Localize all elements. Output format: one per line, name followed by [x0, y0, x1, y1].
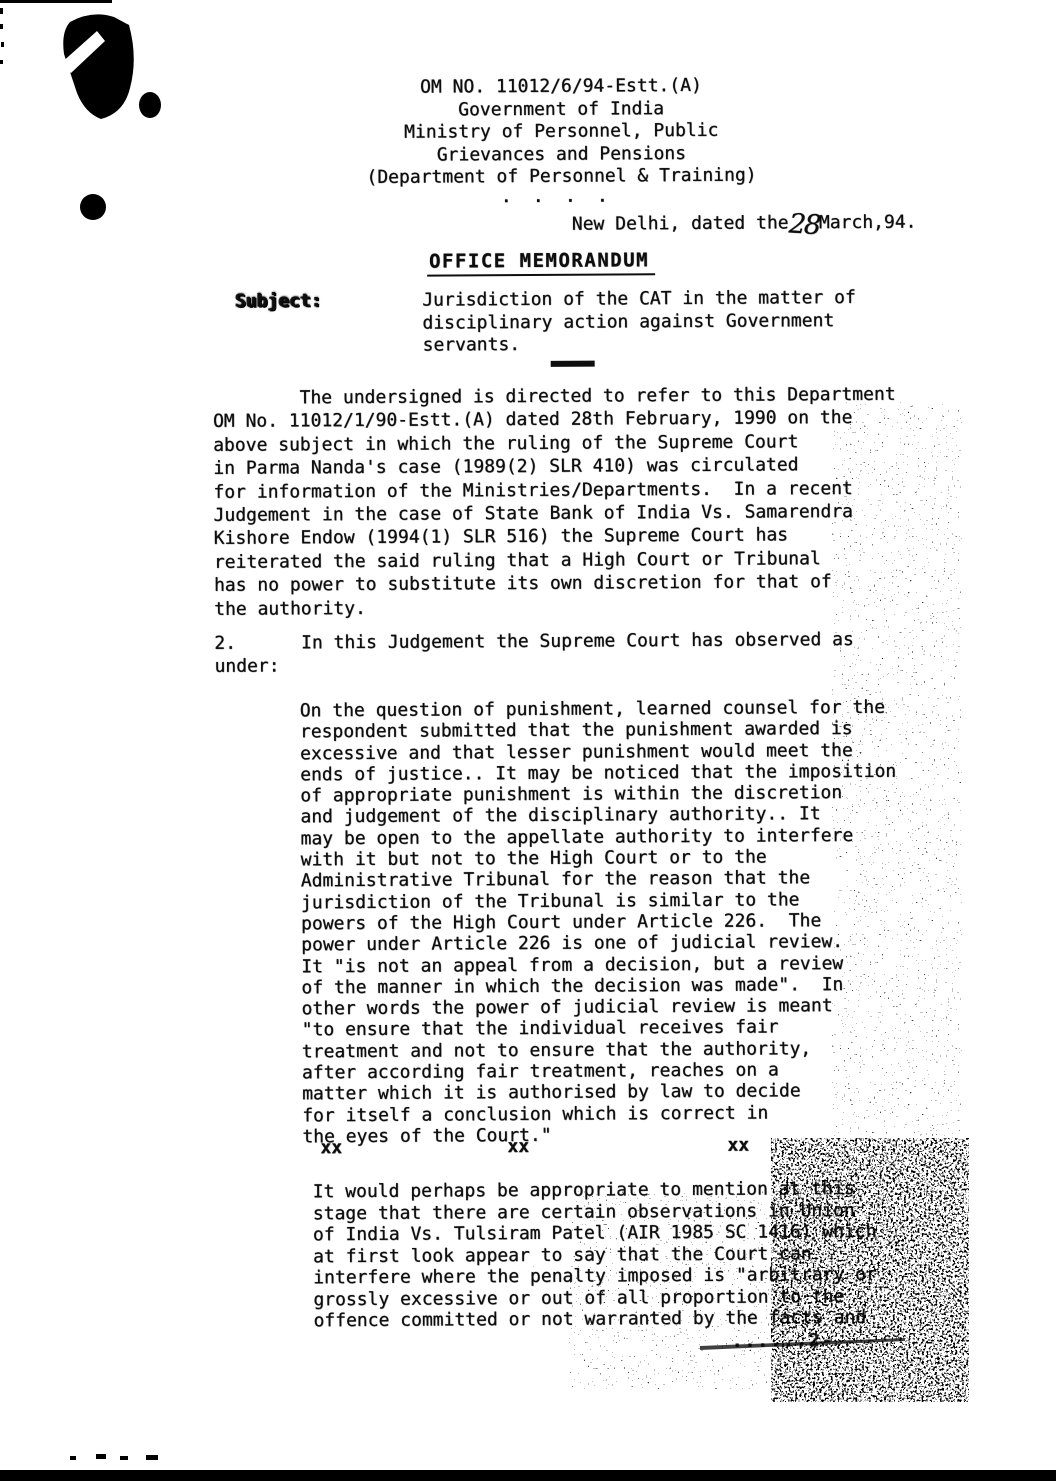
text-line: of India Vs. Tulsiram Patel (AIR 1985 SC… [313, 1221, 877, 1246]
text-line: Ministry of Personnel, Public [281, 119, 841, 145]
handwritten-date-day: 28 [788, 215, 819, 235]
memo-title: OFFICE MEMORANDUM [427, 249, 655, 276]
text-line: the eyes of the Court." [302, 1123, 898, 1148]
text-line: 2. In this Judgement the Supreme Court h… [214, 628, 854, 655]
paragraph-1: The undersigned is directed to refer to … [213, 383, 897, 621]
subject-label: Subject: [235, 290, 322, 312]
document-content: OM NO. 11012/6/94-Estt.(A)Government of … [0, 0, 1056, 1481]
text-line: under: [214, 651, 854, 678]
text-line: other words the power of judicial review… [302, 995, 898, 1020]
subject-text: Jurisdiction of the CAT in the matter of… [422, 287, 856, 357]
subject-underline-mark [551, 361, 595, 367]
dateline-suffix: March,94. [819, 212, 917, 234]
separator-mark: xx [727, 1135, 749, 1156]
text-line: Jurisdiction of the CAT in the matter of [422, 287, 856, 312]
text-line: offence committed or not warranted by th… [313, 1307, 877, 1332]
text-line: has no power to substitute its own discr… [214, 570, 897, 598]
text-line: the authority. [214, 593, 897, 621]
supreme-court-quote: On the question of punishment, learned c… [300, 697, 899, 1148]
text-line: power under Article 226 is one of judici… [301, 931, 897, 956]
text-line: may be open to the appellate authority t… [301, 825, 897, 850]
separator-mark: xx [507, 1136, 529, 1157]
text-line: Administrative Tribunal for the reason t… [301, 867, 897, 892]
letterhead: OM NO. 11012/6/94-Estt.(A)Government of … [281, 74, 842, 190]
page-continuation-marker: ......2- [732, 1330, 835, 1352]
text-line: Judgement in the case of State Bank of I… [214, 500, 897, 528]
text-line: (Department of Personnel & Training) [281, 164, 841, 190]
text-line: treatment and not to ensure that the aut… [302, 1037, 898, 1062]
separator-mark: xx [320, 1137, 342, 1158]
dateline: New Delhi, dated the28March,94. [572, 211, 917, 235]
text-line: disciplinary action against Government [422, 309, 856, 334]
dateline-prefix: New Delhi, dated the [572, 212, 789, 234]
paragraph-3: It would perhaps be appropriate to menti… [313, 1178, 877, 1332]
text-line: Grievances and Pensions [281, 142, 841, 168]
text-line: respondent submitted that the punishment… [300, 718, 896, 743]
text-line: servants. [423, 332, 857, 357]
letterhead-separator-dots: . . . . [502, 187, 614, 206]
text-line: interfere where the penalty imposed is "… [313, 1264, 877, 1289]
text-line: It would perhaps be appropriate to menti… [313, 1178, 877, 1203]
scanned-memo-page: OM NO. 11012/6/94-Estt.(A)Government of … [0, 0, 1056, 1481]
paragraph-2: 2. In this Judgement the Supreme Court h… [214, 628, 854, 679]
